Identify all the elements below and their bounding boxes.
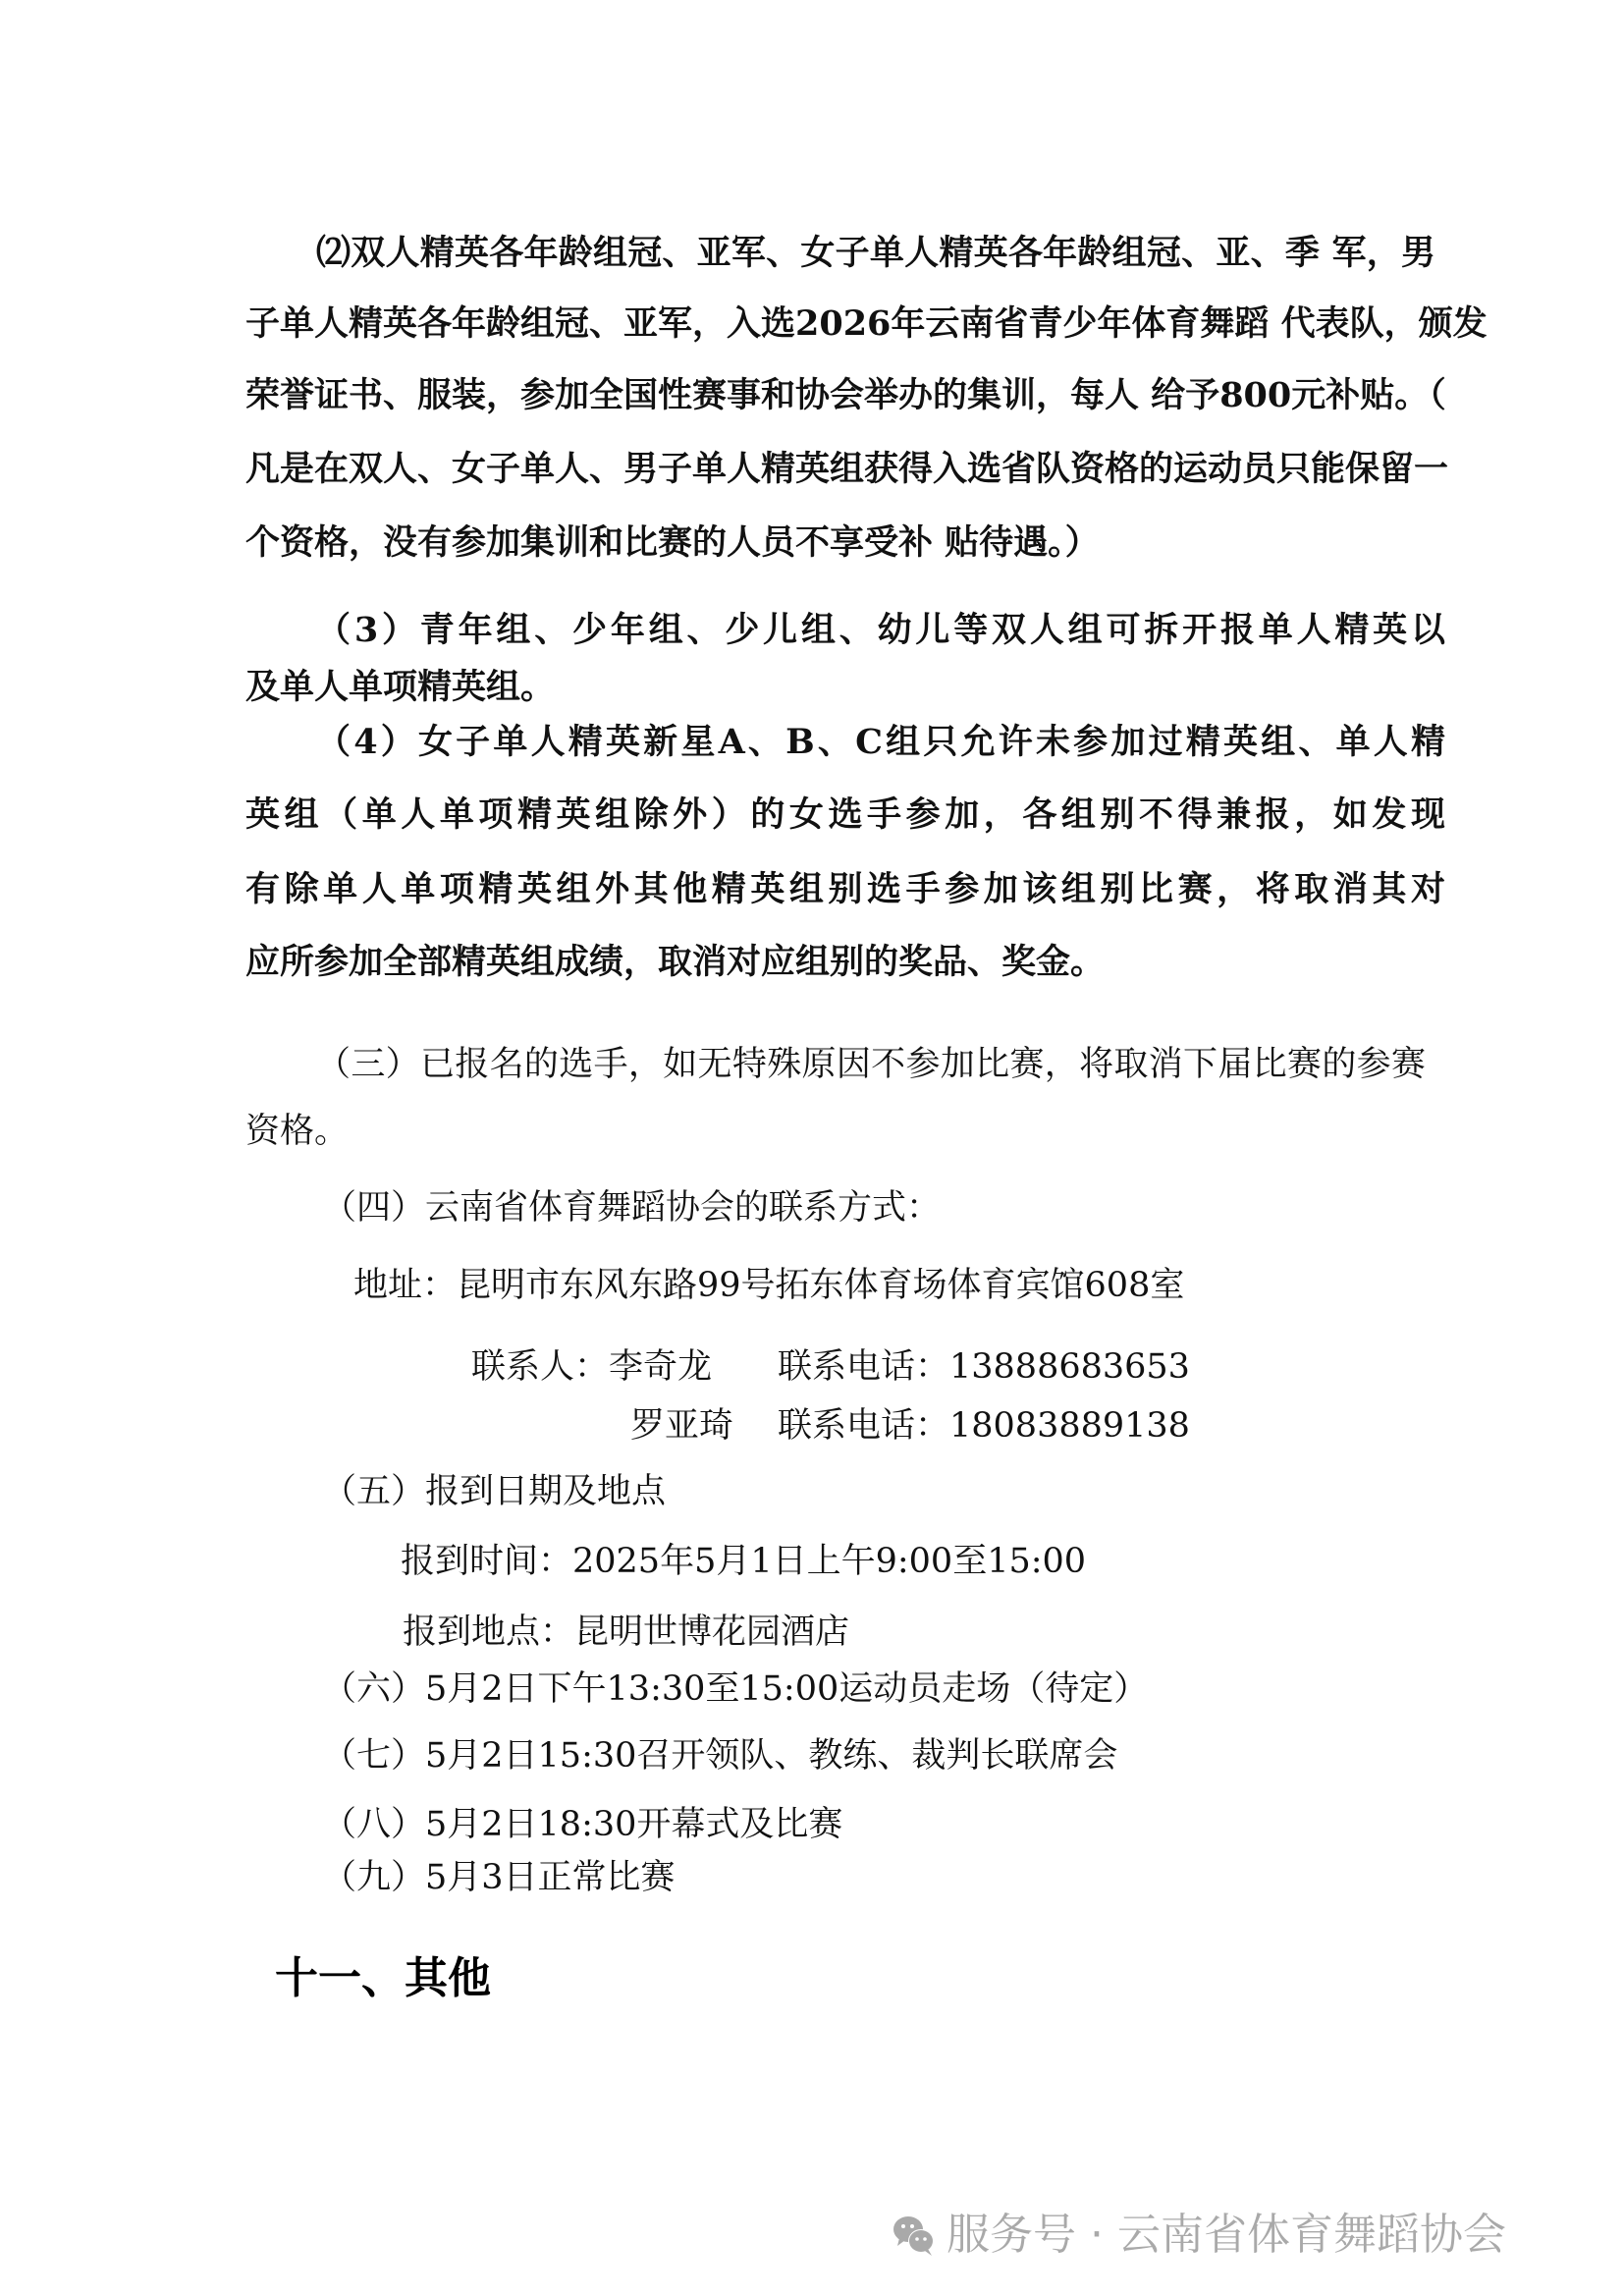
contact-person-1: 联系人：李奇龙 [471,1345,712,1389]
section-7: （七）5月2日15:30召开领队、教练、裁判长联席会 [322,1734,1117,1777]
watermark: 服务号 · 云南省体育舞蹈协会 [892,2208,1506,2263]
paragraph-2-line-1: ⑵双人精英各年龄组冠、亚军、女子单人精英各年龄组冠、亚、季 军，男 [316,232,1435,275]
contact-address: 地址：昆明市东风东路99号拓东体育场体育宾馆608室 [353,1264,1184,1307]
contact-phone-1: 联系电话：13888683653 [778,1345,1190,1389]
section-6: （六）5月2日下午13:30至15:00运动员走场（待定） [322,1667,1148,1711]
section-3-line-1: （三）已报名的选手，如无特殊原因不参加比赛，将取消下届比赛的参赛 [316,1043,1426,1086]
contact-person-2: 罗亚琦 [630,1404,733,1448]
paragraph-4-line-2: 英组（单人单项精英组除外）的女选手参加，各组别不得兼报，如发现 [245,793,1445,837]
heading-11-other: 十一、其他 [275,1952,491,2005]
wechat-icon [892,2213,937,2258]
paragraph-2-line-3: 荣誉证书、服装，参加全国性赛事和协会举办的集训，每人 给予800元补贴。（ [245,374,1445,417]
section-4-title: （四）云南省体育舞蹈协会的联系方式： [322,1186,941,1230]
paragraph-4-line-3: 有除单人单项精英组外其他精英组别选手参加该组别比赛，将取消其对 [245,868,1445,911]
section-5-title: （五）报到日期及地点 [322,1470,666,1513]
paragraph-4-line-4: 应所参加全部精英组成绩，取消对应组别的奖品、奖金。 [245,941,1105,984]
paragraph-4-line-1: （4）女子单人精英新星A、B、C组只允许未参加过精英组、单人精 [316,721,1445,764]
paragraph-2-line-4: 凡是在双人、女子单人、男子单人精英组获得入选省队资格的运动员只能保留一 [245,448,1445,491]
watermark-text: 服务号 · 云南省体育舞蹈协会 [947,2208,1506,2263]
checkin-place: 报到地点：昆明世博花园酒店 [403,1611,849,1654]
paragraph-3-line-2: 及单人单项精英组。 [245,666,555,709]
paragraph-3-line-1: （3）青年组、少年组、少儿组、幼儿等双人组可拆开报单人精英以 [316,609,1445,652]
contact-phone-2: 联系电话：18083889138 [778,1404,1190,1448]
checkin-time: 报到时间：2025年5月1日上午9:00至15:00 [401,1540,1086,1583]
paragraph-2-line-5: 个资格，没有参加集训和比赛的人员不享受补 贴待遇。） [245,521,1100,565]
section-3-line-2: 资格。 [245,1110,349,1153]
paragraph-2-line-2: 子单人精英各年龄组冠、亚军，入选2026年云南省青少年体育舞蹈 代表队，颁发 [245,302,1445,346]
section-9: （九）5月3日正常比赛 [322,1856,676,1899]
section-8: （八）5月2日18:30开幕式及比赛 [322,1803,842,1846]
